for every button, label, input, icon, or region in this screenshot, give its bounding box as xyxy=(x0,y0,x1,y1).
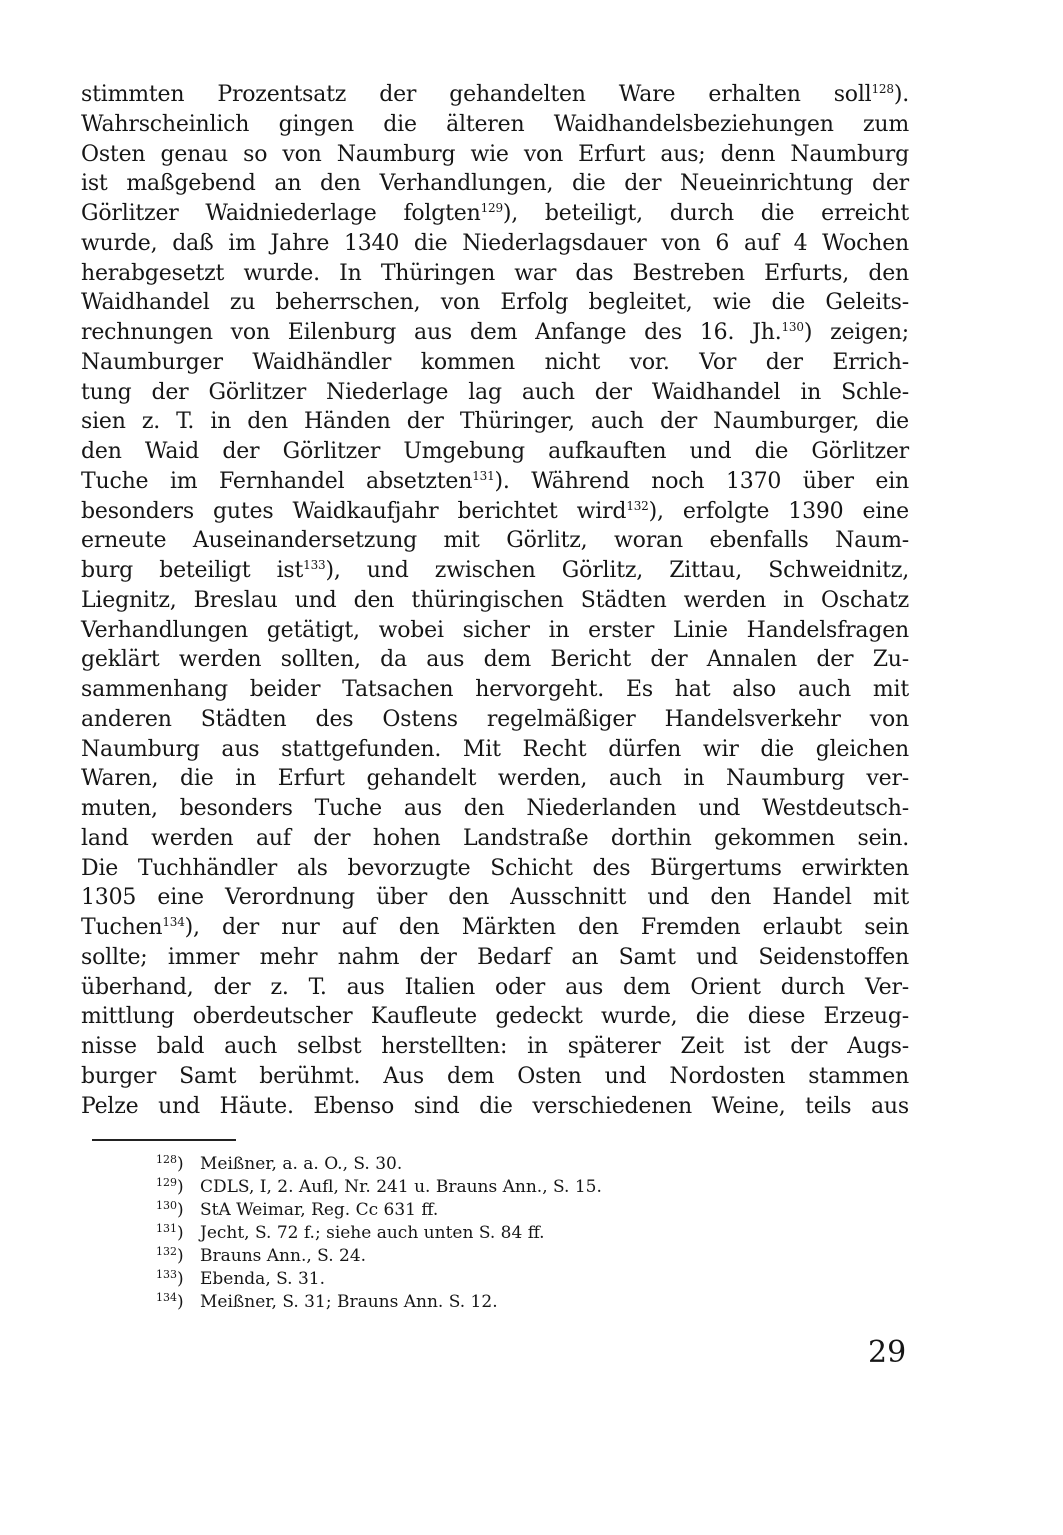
text-line: ist maßgebend an den Verhandlungen, die … xyxy=(81,169,909,199)
footnotes: 128)Meißner, a. a. O., S. 30. 129)CDLS, … xyxy=(156,1153,776,1314)
text-line: stimmten Prozentsatz der gehandelten War… xyxy=(81,80,909,110)
footnote: 128)Meißner, a. a. O., S. 30. xyxy=(156,1153,776,1176)
footnote: 130)StA Weimar, Reg. Cc 631 ff. xyxy=(156,1199,776,1222)
text-line: muten, besonders Tuche aus den Niederlan… xyxy=(81,794,909,824)
text-line: 1305 eine Verordnung über den Ausschnitt… xyxy=(81,883,909,913)
text-line: sollte; immer mehr nahm der Bedarf an Sa… xyxy=(81,943,909,973)
text-line: tung der Görlitzer Niederlage lag auch d… xyxy=(81,378,909,408)
page-number: 29 xyxy=(868,1335,906,1371)
text-line: sien z. T. in den Händen der Thüringer, … xyxy=(81,407,909,437)
footnote: 133)Ebenda, S. 31. xyxy=(156,1268,776,1291)
footnote: 129)CDLS, I, 2. Aufl, Nr. 241 u. Brauns … xyxy=(156,1176,776,1199)
text-line: Waren, die in Erfurt gehandelt werden, a… xyxy=(81,764,909,794)
footnote: 131)Jecht, S. 72 f.; siehe auch unten S.… xyxy=(156,1222,776,1245)
footnote: 132)Brauns Ann., S. 24. xyxy=(156,1245,776,1268)
footnote-number: 132) xyxy=(156,1245,200,1268)
footnote-text: Jecht, S. 72 f.; siehe auch unten S. 84 … xyxy=(200,1222,545,1245)
text-line: Die Tuchhändler als bevorzugte Schicht d… xyxy=(81,854,909,884)
footnote: 134)Meißner, S. 31; Brauns Ann. S. 12. xyxy=(156,1291,776,1314)
footnote-ref: 132 xyxy=(626,499,648,513)
text-line: Waidhandel zu beherrschen, von Erfolg be… xyxy=(81,288,909,318)
text-line: Osten genau so von Naumburg wie von Erfu… xyxy=(81,140,909,170)
footnote-ref: 129 xyxy=(481,201,503,215)
text-line: nisse bald auch selbst herstellten: in s… xyxy=(81,1032,909,1062)
footnote-ref: 134 xyxy=(162,915,184,929)
footnote-separator xyxy=(92,1139,236,1141)
text-line: Naumburg aus stattgefunden. Mit Recht dü… xyxy=(81,735,909,765)
text-line: herabgesetzt wurde. In Thüringen war das… xyxy=(81,259,909,289)
footnote-text: CDLS, I, 2. Aufl, Nr. 241 u. Brauns Ann.… xyxy=(200,1176,602,1199)
footnote-text: Ebenda, S. 31. xyxy=(200,1268,325,1291)
footnote-text: Meißner, S. 31; Brauns Ann. S. 12. xyxy=(200,1291,498,1314)
footnote-number: 129) xyxy=(156,1176,200,1199)
text-line: Liegnitz, Breslau und den thüringischen … xyxy=(81,586,909,616)
text-line: rechnungen von Eilenburg aus dem Anfange… xyxy=(81,318,909,348)
text-line: Tuche im Fernhandel absetzten131). Währe… xyxy=(81,467,909,497)
text-line: burg beteiligt ist133), und zwischen Gör… xyxy=(81,556,909,586)
text-line: Tuchen134), der nur auf den Märkten den … xyxy=(81,913,909,943)
text-line: Pelze und Häute. Ebenso sind die verschi… xyxy=(81,1092,909,1122)
text-line: Görlitzer Waidniederlage folgten129), be… xyxy=(81,199,909,229)
text-line: burger Samt berühmt. Aus dem Osten und N… xyxy=(81,1062,909,1092)
text-line: wurde, daß im Jahre 1340 die Niederlagsd… xyxy=(81,229,909,259)
footnote-number: 131) xyxy=(156,1222,200,1245)
book-page: stimmten Prozentsatz der gehandelten War… xyxy=(0,0,1063,1535)
footnote-number: 128) xyxy=(156,1153,200,1176)
footnote-number: 133) xyxy=(156,1268,200,1291)
text-line: erneute Auseinandersetzung mit Görlitz, … xyxy=(81,526,909,556)
text-line: sammenhang beider Tatsachen hervorgeht. … xyxy=(81,675,909,705)
footnote-text: Meißner, a. a. O., S. 30. xyxy=(200,1153,402,1176)
text-line: mittlung oberdeutscher Kaufleute gedeckt… xyxy=(81,1002,909,1032)
text-line: Naumburger Waidhändler kommen nicht vor.… xyxy=(81,348,909,378)
text-line: anderen Städten des Ostens regelmäßiger … xyxy=(81,705,909,735)
footnote-ref: 133 xyxy=(303,558,325,572)
footnote-text: StA Weimar, Reg. Cc 631 ff. xyxy=(200,1199,438,1222)
text-line: Wahrscheinlich gingen die älteren Waidha… xyxy=(81,110,909,140)
text-line: den Waid der Görlitzer Umgebung aufkauft… xyxy=(81,437,909,467)
footnote-text: Brauns Ann., S. 24. xyxy=(200,1245,366,1268)
text-line: land werden auf der hohen Landstraße dor… xyxy=(81,824,909,854)
text-line: geklärt werden sollten, da aus dem Beric… xyxy=(81,645,909,675)
footnote-number: 130) xyxy=(156,1199,200,1222)
body-text: stimmten Prozentsatz der gehandelten War… xyxy=(81,80,909,1121)
footnote-ref: 131 xyxy=(472,469,494,483)
text-line: überhand, der z. T. aus Italien oder aus… xyxy=(81,973,909,1003)
text-line: besonders gutes Waidkaufjahr berichtet w… xyxy=(81,497,909,527)
footnote-ref: 130 xyxy=(782,320,804,334)
footnote-number: 134) xyxy=(156,1291,200,1314)
text-line: Verhandlungen getätigt, wobei sicher in … xyxy=(81,616,909,646)
footnote-ref: 128 xyxy=(872,82,894,96)
